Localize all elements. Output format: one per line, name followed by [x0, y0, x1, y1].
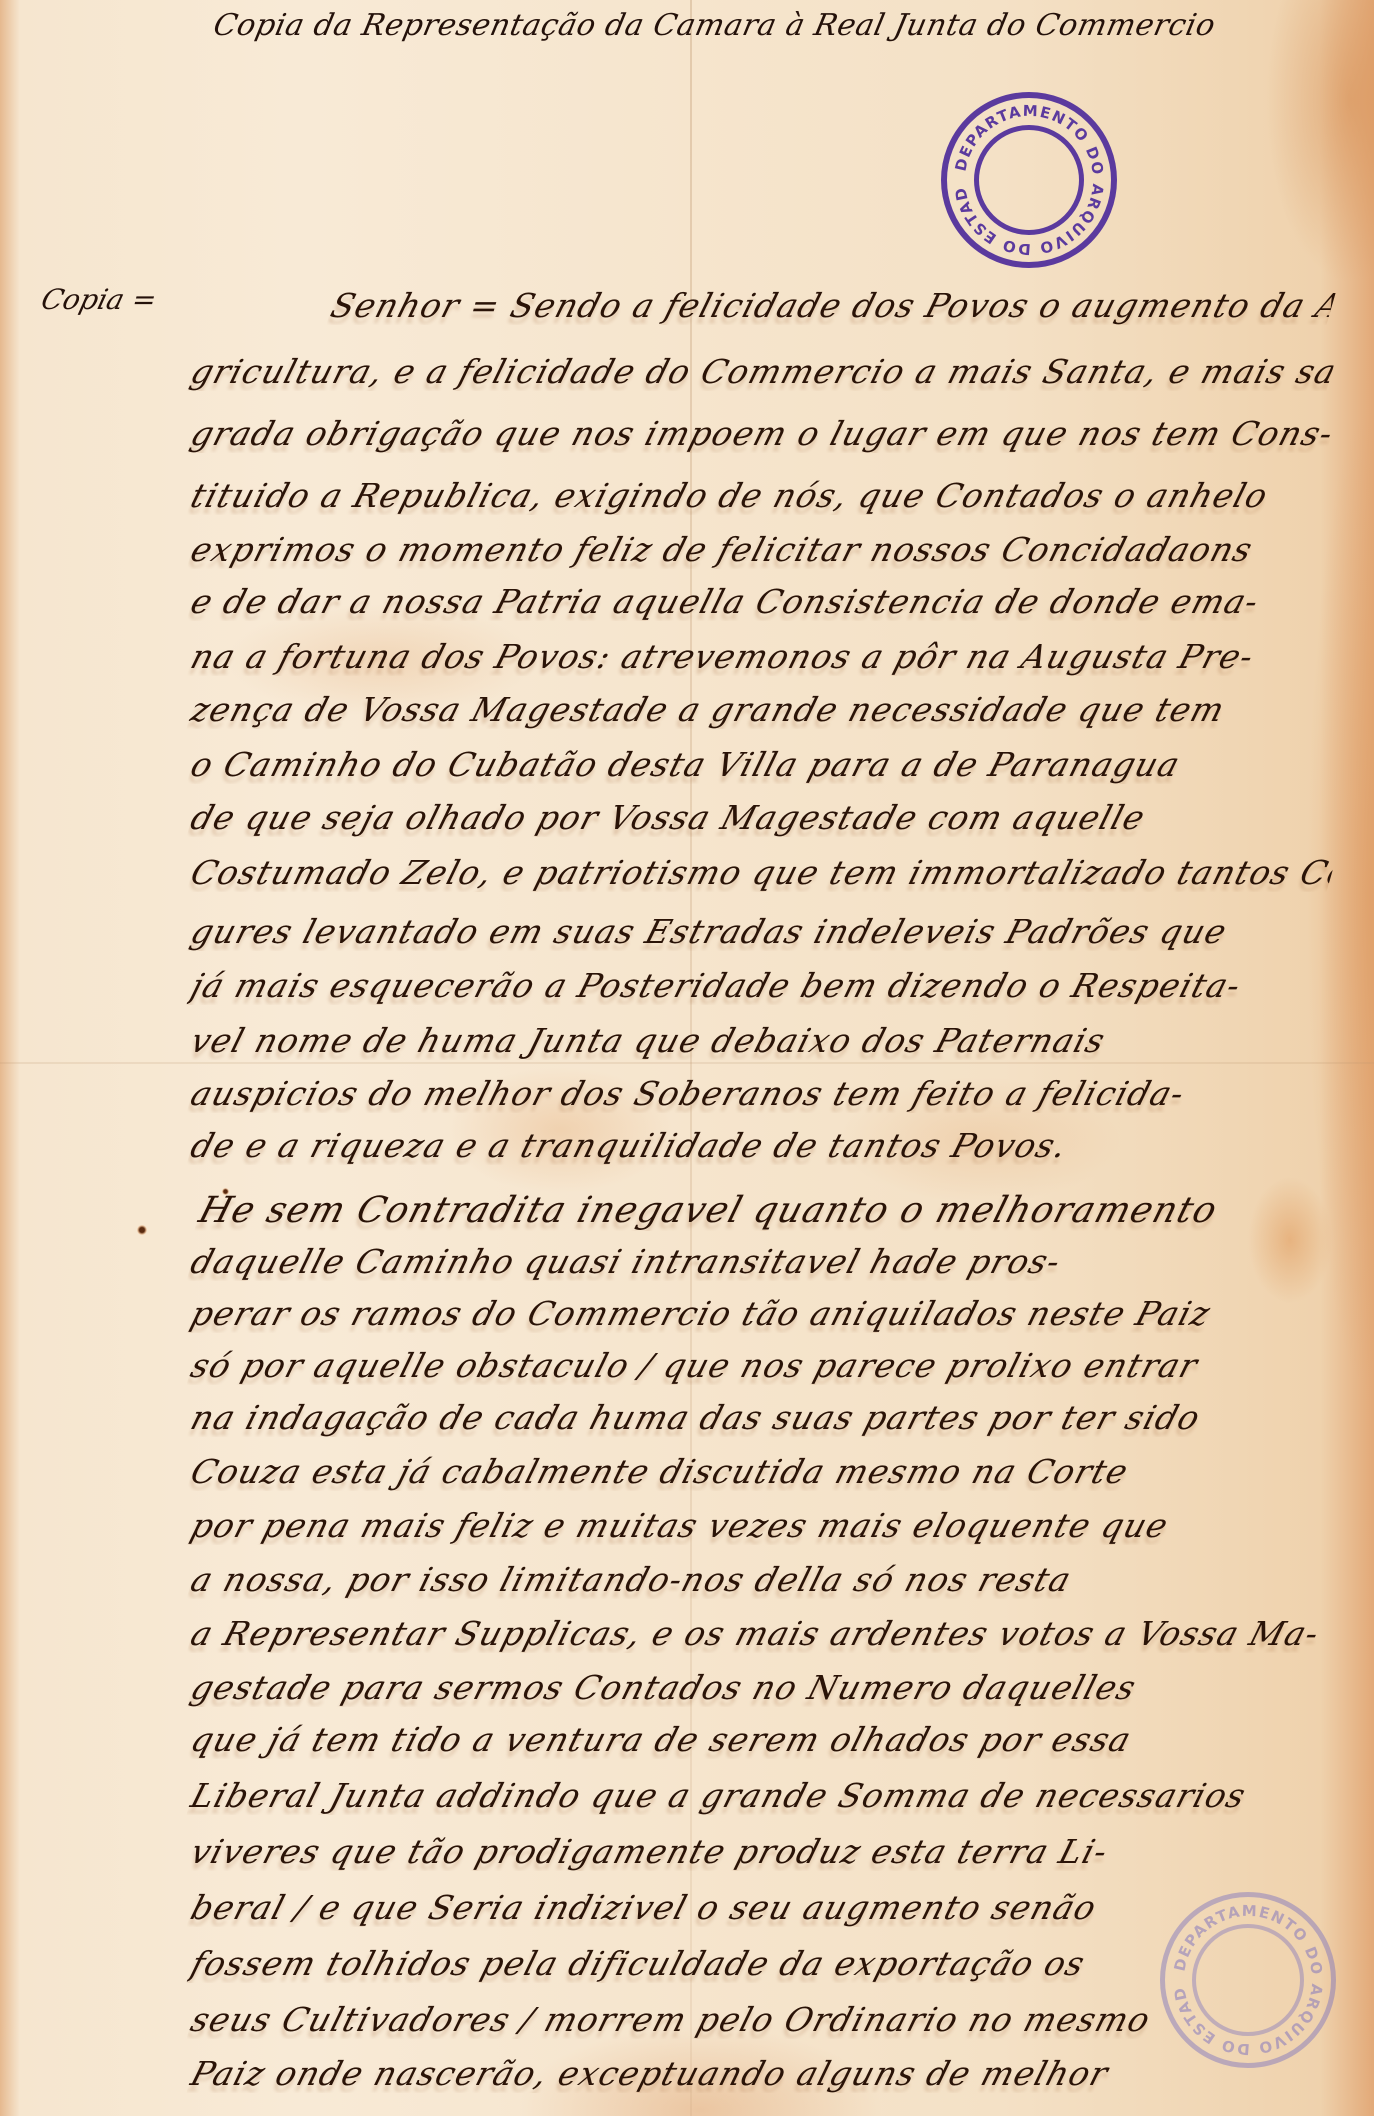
stamp-text-ring: DEPARTAMENTO DO ARQUIVO DO ESTADO - S. P…: [941, 92, 1117, 268]
faded-archive-stamp-icon: DEPARTAMENTO DO ARQUIVO DO ESTADO - S. P…: [1160, 1892, 1336, 2068]
text-line: tituido a Republica, exigindo de nós, qu…: [186, 476, 1337, 515]
faded-stamp-text-ring: DEPARTAMENTO DO ARQUIVO DO ESTADO - S. P…: [1160, 1892, 1336, 2068]
text-line: o Caminho do Cubatão desta Villa para a …: [186, 745, 1337, 784]
document-header: Copia da Representação da Camara à Real …: [210, 8, 1218, 43]
svg-text:DEPARTAMENTO DO ARQUIVO DO EST: DEPARTAMENTO DO ARQUIVO DO ESTADO - S. P…: [1160, 1892, 1326, 2058]
text-line: Liberal Junta addindo que a grande Somma…: [186, 1776, 1337, 1815]
text-line: e de dar a nossa Patria aquella Consiste…: [186, 582, 1337, 621]
text-line: de que seja olhado por Vossa Magestade c…: [186, 798, 1337, 837]
text-line: viveres que tão prodigamente produz esta…: [186, 1832, 1337, 1871]
text-line: auspicios do melhor dos Soberanos tem fe…: [186, 1074, 1337, 1113]
text-line: na a fortuna dos Povos: atrevemonos a pô…: [186, 637, 1337, 676]
ink-spot: [137, 1225, 147, 1235]
text-line: daquelle Caminho quasi intransitavel had…: [186, 1242, 1337, 1281]
ink-spot: [222, 1188, 229, 1195]
text-line: Senhor = Sendo a felicidade dos Povos o …: [326, 286, 1337, 325]
horizontal-fold-crease: [0, 1062, 1374, 1064]
text-line: só por aquelle obstaculo / que nos parec…: [186, 1346, 1337, 1385]
text-line: gures levantado em suas Estradas indelev…: [186, 912, 1337, 951]
text-line: gricultura, e a felicidade do Commercio …: [186, 352, 1337, 391]
text-line: Costumado Zelo, e patriotismo que tem im…: [186, 853, 1337, 892]
archive-stamp-icon: DEPARTAMENTO DO ARQUIVO DO ESTADO - S. P…: [941, 92, 1117, 268]
text-line: já mais esquecerão a Posteridade bem diz…: [186, 966, 1337, 1005]
text-line: por pena mais feliz e muitas vezes mais …: [186, 1506, 1337, 1545]
text-line: na indagação de cada huma das suas parte…: [186, 1398, 1337, 1437]
text-line: a Representar Supplicas, e os mais arden…: [186, 1614, 1337, 1653]
text-line: a nossa, por isso limitando-nos della só…: [186, 1560, 1337, 1599]
manuscript-page: Copia da Representação da Camara à Real …: [0, 0, 1374, 2116]
text-line: Couza esta já cabalmente discutida mesmo…: [186, 1452, 1337, 1491]
text-line: vel nome de huma Junta que debaixo dos P…: [186, 1021, 1337, 1060]
svg-text:DEPARTAMENTO DO ARQUIVO DO EST: DEPARTAMENTO DO ARQUIVO DO ESTADO - S. P…: [941, 92, 1107, 258]
text-line: perar os ramos do Commercio tão aniquila…: [186, 1294, 1337, 1333]
text-line: grada obrigação que nos impoem o lugar e…: [186, 414, 1337, 453]
text-line: zença de Vossa Magestade a grande necess…: [186, 690, 1337, 729]
text-line: gestade para sermos Contados no Numero d…: [186, 1668, 1337, 1707]
text-line: que já tem tido a ventura de serem olhad…: [186, 1720, 1337, 1759]
text-line: de e a riqueza e a tranquilidade de tant…: [186, 1126, 1337, 1165]
copia-label: Copia =: [38, 283, 160, 316]
paragraph-start-line: He sem Contradita inegavel quanto o melh…: [194, 1190, 1346, 1231]
text-line: exprimos o momento feliz de felicitar no…: [186, 530, 1337, 569]
